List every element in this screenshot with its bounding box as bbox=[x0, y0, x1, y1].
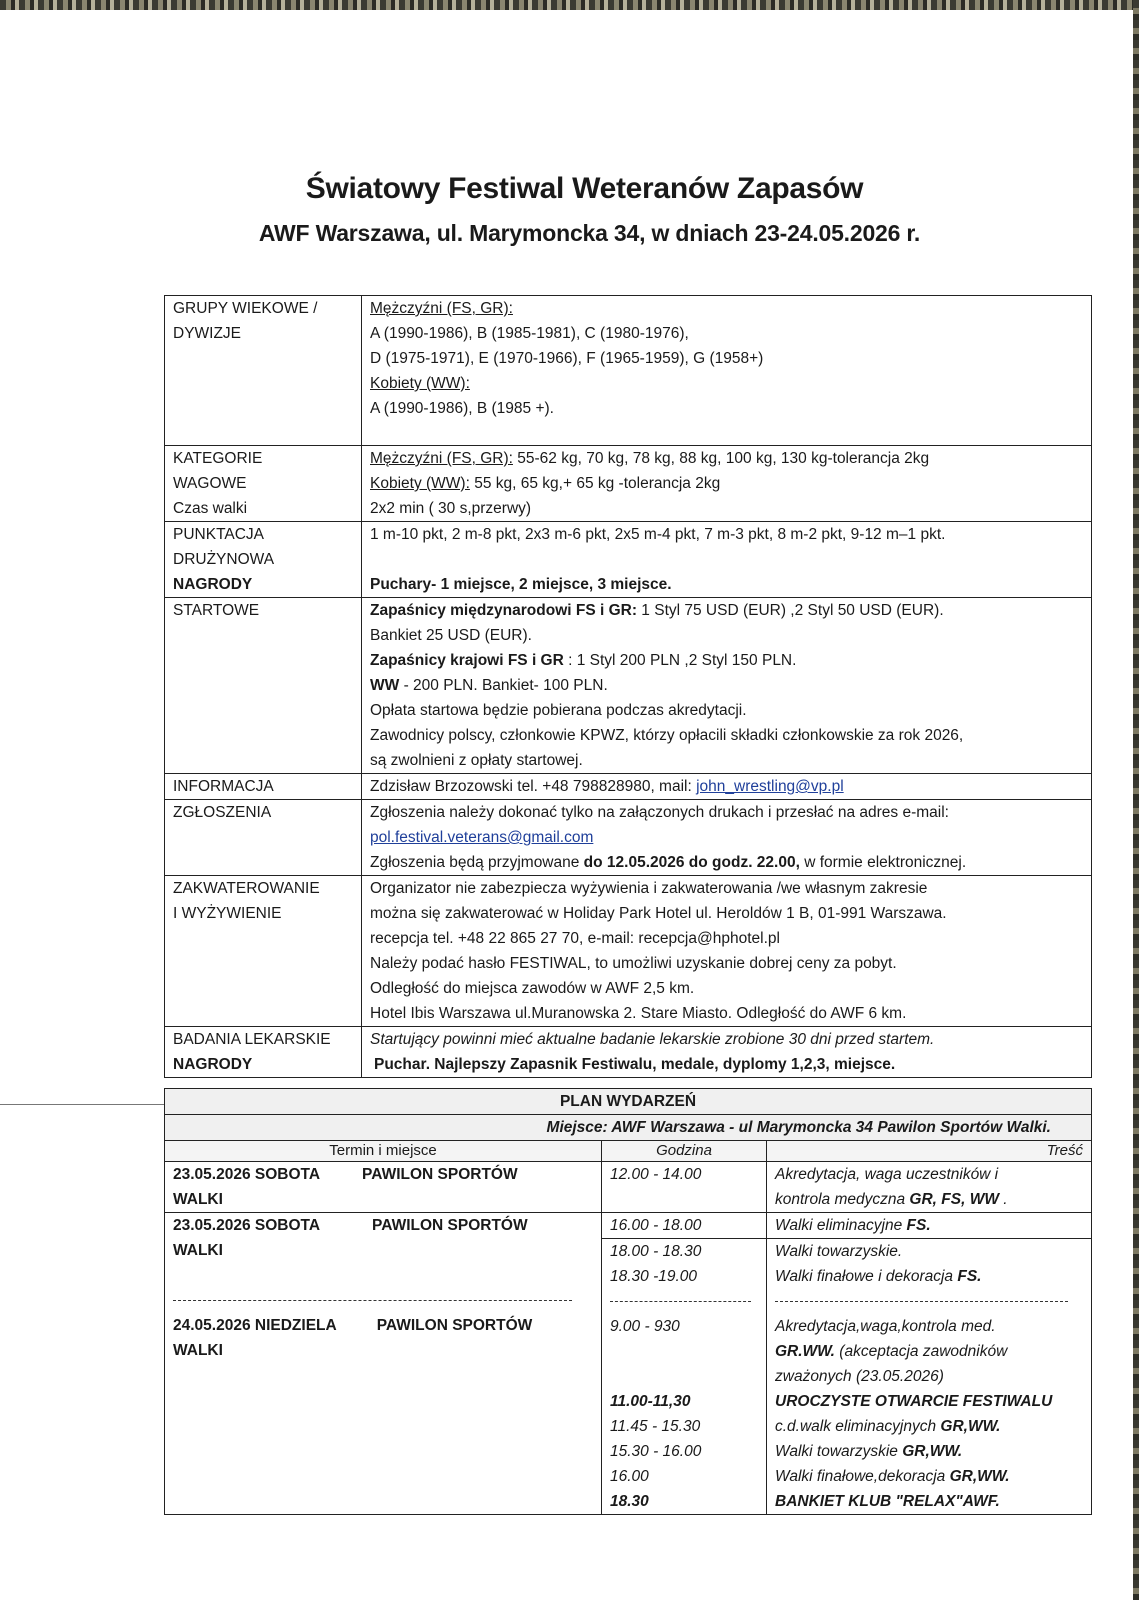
dashed-separator bbox=[173, 1288, 572, 1301]
plan-location: Miejsce: AWF Warszawa - ul Marymoncka 34… bbox=[165, 1115, 1092, 1141]
row-weights: KATEGORIE WAGOWE Czas walki Mężczyźni (F… bbox=[165, 446, 1092, 522]
bout-time: 2x2 min ( 30 s,przerwy) bbox=[370, 496, 1083, 521]
accommodation-content: Organizator nie zabezpiecza wyżywienia i… bbox=[362, 876, 1092, 1027]
schedule-row-day1-morning: 23.05.2026 SOBOTAPAWILON SPORTÓW WALKI 1… bbox=[165, 1162, 1092, 1213]
fees-content: Zapaśnicy międzynarodowi FS i GR: 1 Styl… bbox=[362, 598, 1092, 774]
col-date-place: Termin i miejsce bbox=[165, 1141, 602, 1162]
medical-content: Startujący powinni mieć aktualne badanie… bbox=[362, 1027, 1092, 1078]
scan-artifact-line bbox=[0, 1104, 165, 1105]
contact-label: INFORMACJA bbox=[165, 774, 362, 800]
event-plan-table: PLAN WYDARZEŃ Miejsce: AWF Warszawa - ul… bbox=[164, 1088, 1092, 1515]
age-groups-label: GRUPY WIEKOWE / DYWIZJE bbox=[165, 296, 362, 446]
fees-label: STARTOWE bbox=[165, 598, 362, 774]
row-registration: ZGŁOSZENIA Zgłoszenia należy dokonać tyl… bbox=[165, 800, 1092, 876]
registration-label: ZGŁOSZENIA bbox=[165, 800, 362, 876]
men-heading: Mężczyźni (FS, GR): bbox=[370, 296, 1083, 321]
prizes: Puchary- 1 miejsce, 2 miejsce, 3 miejsce… bbox=[370, 572, 1083, 597]
weights-content: Mężczyźni (FS, GR): 55-62 kg, 70 kg, 78 … bbox=[362, 446, 1092, 522]
men-groups-line2: D (1975-1971), E (1970-1966), F (1965-19… bbox=[370, 346, 1083, 371]
scoring-content: 1 m-10 pkt, 2 m-8 pkt, 2x3 m-6 pkt, 2x5 … bbox=[362, 522, 1092, 598]
document-title: Światowy Festiwal Weteranów Zapasów bbox=[0, 172, 1139, 206]
row-accommodation: ZAKWATEROWANIE I WYŻYWIENIE Organizator … bbox=[165, 876, 1092, 1027]
registration-content: Zgłoszenia należy dokonać tylko na załąc… bbox=[362, 800, 1092, 876]
row-fees: STARTOWE Zapaśnicy międzynarodowi FS i G… bbox=[165, 598, 1092, 774]
team-points: 1 m-10 pkt, 2 m-8 pkt, 2x3 m-6 pkt, 2x5 … bbox=[370, 522, 1083, 547]
age-groups-content: Mężczyźni (FS, GR): A (1990-1986), B (19… bbox=[362, 296, 1092, 446]
contact-email-link[interactable]: john_wrestling@vp.pl bbox=[696, 778, 844, 795]
photo-background-edge-top bbox=[0, 0, 1139, 10]
plan-title: PLAN WYDARZEŃ bbox=[165, 1089, 1092, 1115]
women-groups-line: A (1990-1986), B (1985 +). bbox=[370, 396, 1083, 421]
registration-email-link[interactable]: pol.festival.veterans@gmail.com bbox=[370, 829, 593, 846]
men-groups-line1: A (1990-1986), B (1985-1981), C (1980-19… bbox=[370, 321, 1083, 346]
women-heading: Kobiety (WW): bbox=[370, 371, 1083, 396]
row-contact: INFORMACJA Zdzisław Brzozowski tel. +48 … bbox=[165, 774, 1092, 800]
row-scoring: PUNKTACJA DRUŻYNOWA NAGRODY 1 m-10 pkt, … bbox=[165, 522, 1092, 598]
medical-label: BADANIA LEKARSKIE NAGRODY bbox=[165, 1027, 362, 1078]
row-medical: BADANIA LEKARSKIE NAGRODY Startujący pow… bbox=[165, 1027, 1092, 1078]
plan-column-headers: Termin i miejsce Godzina Treść bbox=[165, 1141, 1092, 1162]
col-time: Godzina bbox=[602, 1141, 767, 1162]
info-table: GRUPY WIEKOWE / DYWIZJE Mężczyźni (FS, G… bbox=[164, 295, 1092, 1078]
row-age-groups: GRUPY WIEKOWE / DYWIZJE Mężczyźni (FS, G… bbox=[165, 296, 1092, 446]
accommodation-label: ZAKWATEROWANIE I WYŻYWIENIE bbox=[165, 876, 362, 1027]
schedule-row-day1-afternoon: 23.05.2026 SOBOTAPAWILON SPORTÓW WALKI 2… bbox=[165, 1213, 1092, 1515]
weights-label: KATEGORIE WAGOWE Czas walki bbox=[165, 446, 362, 522]
document-subtitle: AWF Warszawa, ul. Marymoncka 34, w dniac… bbox=[0, 220, 1139, 247]
scoring-label: PUNKTACJA DRUŻYNOWA NAGRODY bbox=[165, 522, 362, 598]
contact-content: Zdzisław Brzozowski tel. +48 798828980, … bbox=[362, 774, 1092, 800]
col-content: Treść bbox=[767, 1141, 1092, 1162]
